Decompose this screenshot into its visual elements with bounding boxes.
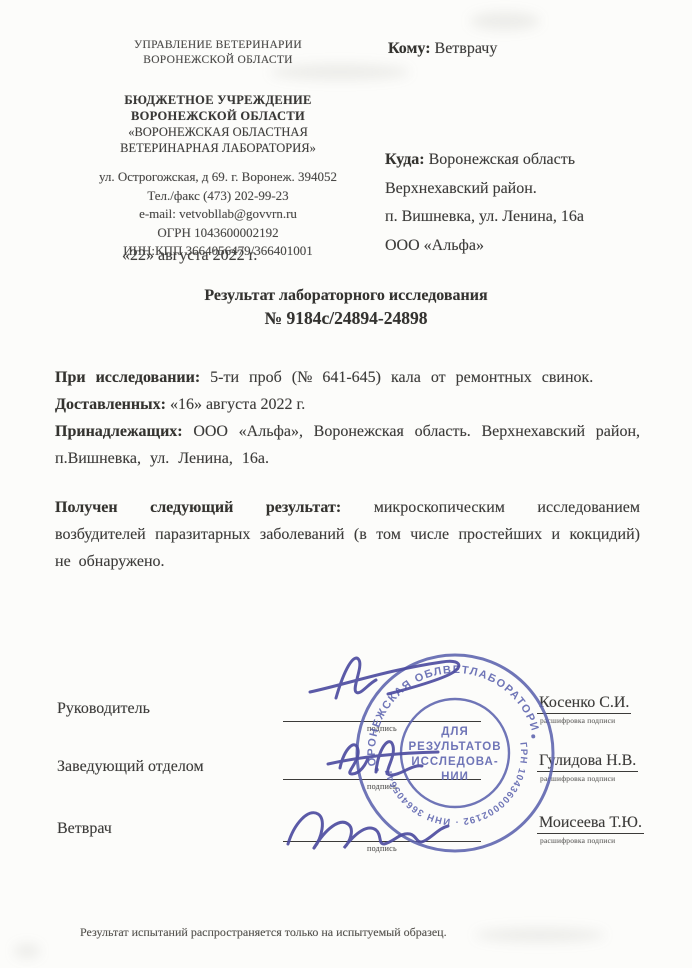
where-line4: ООО «Альфа» — [385, 232, 685, 261]
document-date: «22» августа 2022 г. — [122, 247, 257, 265]
recipient-to: Кому: Ветврачу — [388, 40, 497, 58]
org-line2: ВОРОНЕЖСКОЙ ОБЛАСТИ — [48, 108, 388, 124]
recipient-address: Куда: Воронежская область Верхнехавский … — [385, 146, 685, 260]
org-ogrn: ОГРН 1043600002192 — [48, 224, 388, 243]
delivered-text: «16» августа 2022 г. — [170, 396, 305, 413]
org-line1: БЮДЖЕТНОЕ УЧРЕЖДЕНИЕ — [48, 92, 388, 108]
scanned-lab-result-letter: УПРАВЛЕНИЕ ВЕТЕРИНАРИИ ВОРОНЕЖСКОЙ ОБЛАС… — [0, 0, 692, 968]
org-address: ул. Острогожская, д 69. г. Воронеж. 3940… — [48, 168, 388, 187]
letterhead-org-name: БЮДЖЕТНОЕ УЧРЕЖДЕНИЕ ВОРОНЕЖСКОЙ ОБЛАСТИ… — [48, 92, 388, 156]
document-title: Результат лабораторного исследования № 9… — [0, 287, 692, 329]
research-text: 5-ти проб (№ 641-645) кала от ремонтных … — [210, 369, 593, 386]
to-label: Кому: — [388, 40, 431, 57]
org-line4: ВЕТЕРИНАРНАЯ ЛАБОРАТОРИЯ» — [48, 140, 388, 156]
where-line2: Верхнехавский район. — [385, 175, 685, 204]
result-label: Получен следующий результат: — [55, 499, 341, 516]
paragraph-research: При исследовании: 5-ти проб (№ 641-645) … — [55, 364, 640, 391]
scan-artifact — [270, 64, 410, 80]
org-line3: «ВОРОНЕЖСКАЯ ОБЛАСТНАЯ — [48, 124, 388, 140]
belongs-label: Принадлежащих: — [55, 423, 183, 440]
footer-note: Результат испытаний распространяется тол… — [80, 925, 447, 940]
handwritten-signature-1 — [292, 636, 502, 726]
scan-artifact — [14, 944, 40, 958]
paragraph-delivered: Доставленных: «16» августа 2022 г. — [55, 391, 640, 418]
where-line3: п. Вишневка, ул. Ленина, 16а — [385, 203, 685, 232]
signature-role: Заведующий отделом — [57, 758, 204, 776]
org-email: e-mail: vetvobllab@govvrn.ru — [48, 205, 388, 224]
delivered-label: Доставленных: — [55, 396, 166, 413]
paragraph-result: Получен следующий результат: микроскопич… — [55, 494, 640, 575]
research-label: При исследовании: — [55, 369, 200, 386]
signature-role: Ветврач — [57, 820, 112, 838]
scan-artifact — [470, 12, 540, 30]
signature-role: Руководитель — [57, 700, 150, 718]
paragraph-belongs: Принадлежащих: ООО «Альфа», Воронежская … — [55, 418, 640, 472]
title-number: № 9184с/24894-24898 — [0, 308, 692, 329]
scan-artifact — [475, 928, 605, 942]
handwritten-signature-3 — [272, 782, 482, 872]
stamp-dot-right — [531, 734, 536, 739]
where-label: Куда: — [385, 151, 425, 168]
document-body: При исследовании: 5-ти проб (№ 641-645) … — [55, 364, 640, 575]
to-value: Ветврачу — [435, 40, 498, 57]
where-line1: Воронежская область — [429, 151, 575, 168]
authority-line1: УПРАВЛЕНИЕ ВЕТЕРИНАРИИ — [48, 38, 388, 53]
title-line1: Результат лабораторного исследования — [0, 287, 692, 305]
org-phone: Тел./факс (473) 202-99-23 — [48, 187, 388, 206]
